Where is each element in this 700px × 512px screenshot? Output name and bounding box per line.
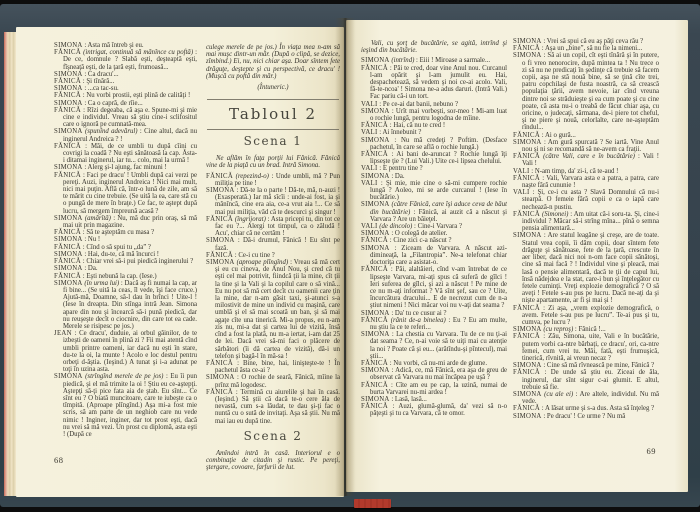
inline-stage-direction: (aproape plîngînd) bbox=[235, 259, 289, 266]
speaker-name: VALI bbox=[361, 223, 378, 230]
speaker-name: VALI bbox=[361, 101, 378, 108]
dialogue-line: SIMONA (strîngînd merele de pe jos) : Eu… bbox=[54, 373, 197, 438]
dialogue-line: FĂNICĂ : Păi te cred, doar vine Anul nou… bbox=[361, 65, 507, 101]
speaker-name: FĂNICĂ bbox=[361, 403, 388, 410]
speaker-name: FĂNICĂ bbox=[361, 317, 388, 324]
dialogue-line: FĂNICĂ : Chiar vrei să-i pui piedică ing… bbox=[54, 258, 197, 265]
dialogue-line: SIMONA : Ca dracu'... bbox=[54, 71, 197, 78]
dialogue-line: SIMONA : Am gură spurcată ? Se iartă. Vi… bbox=[513, 139, 659, 153]
inline-stage-direction: (intrînd) bbox=[390, 57, 415, 64]
dialogue-line: SIMONA (în urma lui) : Dacă aş fi numai … bbox=[54, 280, 197, 330]
speaker-name: SIMONA bbox=[206, 374, 235, 381]
dialogue-line: FĂNICĂ : Să te aşteptăm cu masa ? bbox=[54, 229, 197, 236]
dialogue-line: SIMONA : Hai, du-te, că mă încurci ! bbox=[54, 251, 197, 258]
speaker-name: SIMONA bbox=[206, 237, 235, 244]
dialogue-line: FĂNICĂ : Aşa un „bine”, să nu fie la nim… bbox=[513, 45, 659, 52]
dialogue-line: FĂNICĂ : Termină cu aiurelile şi hai în … bbox=[206, 389, 340, 425]
inline-stage-direction: (spunînd adevărul) bbox=[83, 128, 138, 135]
stage-direction: Amîndoi intră în casă. Interiorul e o co… bbox=[206, 450, 340, 472]
speaker-name: SIMONA bbox=[54, 251, 83, 258]
act-heading: Tabloul 2 bbox=[207, 99, 339, 130]
dialogue-line: FĂNICĂ : Măi, de ce umbli tu după cîini … bbox=[54, 143, 197, 165]
inline-stage-direction: (către Fănică, care îşi aduce ceva de bă… bbox=[370, 201, 507, 215]
dialogue-line: FĂNICĂ (rănit de-a binelea) : Eu ? Eu am… bbox=[361, 317, 507, 331]
inline-stage-direction: (repezind-o) bbox=[233, 173, 269, 180]
speaker-name: FĂNICĂ bbox=[54, 143, 81, 150]
dialogue-line: JEAN : Ce dracu', duduie, ai orbul găini… bbox=[54, 330, 197, 373]
dialogue-line: FĂNICĂ : Bine, bine, hai, linişteşte-te … bbox=[206, 360, 340, 374]
dialogue-line: VALI : Şi, ce-i cu asta ? Slavă Domnului… bbox=[513, 189, 659, 211]
speaker-name: SIMONA bbox=[54, 42, 83, 49]
speaker-name: SIMONA bbox=[361, 173, 390, 180]
speaker-name: FĂNICĂ bbox=[513, 211, 540, 218]
speaker-name: FĂNICĂ bbox=[54, 78, 81, 85]
inline-stage-direction: (rănit de-a binelea) bbox=[388, 317, 446, 324]
inline-stage-direction: (amărîtă) bbox=[83, 215, 111, 222]
scene-heading: Scena 2 bbox=[206, 430, 340, 443]
speaker-name: FĂNICĂ bbox=[206, 252, 233, 259]
page-number-right: 69 bbox=[647, 446, 657, 456]
dialogue-line: SIMONA (cu ale ei) : Are altele, individ… bbox=[513, 391, 659, 405]
dialogue-line: FĂNICĂ : Faci pe dracu' ! Umbli după cai… bbox=[54, 172, 197, 215]
dialogue-line: SIMONA : Nu mă credeţi ? Poftim. (Desfac… bbox=[361, 137, 507, 151]
dialogue-line: FĂNICĂ : Şi tînără... bbox=[54, 78, 197, 85]
speaker-name: SIMONA bbox=[361, 201, 390, 208]
speaker-name: FĂNICĂ bbox=[54, 273, 81, 280]
left-page-column-1: SIMONA : Asta mă întreb şi eu.FĂNICĂ (in… bbox=[54, 42, 197, 482]
dialogue-line: FĂNICĂ (către Vali, care e în bucătărie)… bbox=[513, 153, 659, 167]
speaker-name: FĂNICĂ bbox=[206, 389, 233, 396]
dialogue-line: SIMONA (către Fănică, care îşi aduce cev… bbox=[361, 201, 507, 223]
speaker-name: SIMONA bbox=[361, 137, 390, 144]
dialogue-line: FĂNICĂ (Simonei) : Am uitat că-i soru-ta… bbox=[513, 211, 659, 233]
speaker-name: SIMONA bbox=[361, 367, 390, 374]
stage-direction-continued: culege merele de pe jos.) În viaţa mea n… bbox=[206, 44, 340, 80]
dialogue-line: SIMONA (intrînd) : Eiii ! Miroase a sarm… bbox=[361, 57, 507, 64]
dialogue-line: SIMONA : Da' tu ce cusur ai ? bbox=[361, 310, 507, 317]
speaker-name: FĂNICĂ bbox=[206, 216, 233, 223]
speaker-name: SIMONA bbox=[54, 280, 83, 287]
speaker-name: SIMONA bbox=[54, 373, 83, 380]
speaker-name: VALI bbox=[361, 129, 378, 136]
dialogue-line: FĂNICĂ : Cînd o să spui tu „da” ? bbox=[54, 244, 197, 251]
page-number-left: 68 bbox=[54, 455, 64, 465]
speaker-name: FĂNICĂ bbox=[361, 266, 388, 273]
speaker-name: FĂNICĂ bbox=[513, 405, 540, 412]
speaker-name: SIMONA bbox=[361, 108, 390, 115]
speaker-name: SIMONA bbox=[54, 71, 83, 78]
speaker-name: FĂNICĂ bbox=[54, 244, 81, 251]
speaker-name: FĂNICĂ bbox=[513, 305, 540, 312]
speaker-name: FĂNICĂ bbox=[54, 92, 81, 99]
speaker-name: FĂNICĂ bbox=[206, 360, 233, 367]
speaker-name: SIMONA bbox=[54, 265, 83, 272]
speaker-name: FĂNICĂ bbox=[513, 369, 540, 376]
dialogue-line: SIMONA : Da. bbox=[54, 265, 197, 272]
dialogue-line: VALI : N-am timp, da' zi-i, că te-aud ! bbox=[513, 168, 659, 175]
dialogue-line: FĂNICĂ : Păi, alaltăieri, cînd v-am într… bbox=[361, 266, 507, 309]
dialogue-line: FĂNICĂ (îngrijorat) : Asta pricepi tu, d… bbox=[206, 216, 340, 238]
speaker-name: SIMONA bbox=[513, 52, 542, 59]
inline-stage-direction: (strîngînd merele de pe jos) bbox=[83, 373, 164, 380]
dialogue-line: FĂNICĂ : Vali, Varvara asta e a patra, a… bbox=[513, 175, 659, 189]
dialogue-line: FĂNICĂ : Nu vorbi prostii, eşti plină de… bbox=[54, 92, 197, 99]
inline-stage-direction: (Simonei) bbox=[540, 211, 568, 218]
dialogue-line: SIMONA : Nu ! bbox=[54, 236, 197, 243]
speaker-name: SIMONA bbox=[513, 413, 542, 420]
speaker-name: SIMONA bbox=[513, 139, 542, 146]
left-page: SIMONA : Asta mă întreb şi eu.FĂNICĂ (in… bbox=[16, 27, 344, 497]
dialogue-line: FĂNICĂ : Eşti nebună la cap. (Iese.) bbox=[54, 273, 197, 280]
dialogue-line: SIMONA : Are statul leagăne şi creşe, ar… bbox=[513, 232, 659, 304]
speaker-name: FĂNICĂ bbox=[54, 49, 81, 56]
dialogue-line: SIMONA : La chestia cu Varvara. Tu de ce… bbox=[361, 331, 507, 360]
speaker-name: SIMONA bbox=[206, 187, 235, 194]
inline-stage-direction: (către Vali, care e în bucătărie) bbox=[540, 153, 635, 160]
dialogue-line: FĂNICĂ (repezind-o) : Unde umbli, mă ? P… bbox=[206, 173, 340, 187]
speaker-name: FĂNICĂ bbox=[513, 333, 540, 340]
speaker-name: VALI bbox=[361, 180, 378, 187]
dialogue-line: FĂNICĂ : Rîzi degeaba, că aşa e. Spune-m… bbox=[54, 107, 197, 129]
scene-heading: Scena 1 bbox=[206, 135, 340, 148]
speaker-name: SIMONA bbox=[361, 57, 390, 64]
speaker-name: SIMONA bbox=[513, 391, 542, 398]
dialogue-line: FĂNICĂ : Hai, că nu te cred ! bbox=[361, 122, 507, 129]
speaker-name: FĂNICĂ bbox=[513, 175, 540, 182]
speaker-name: FĂNICĂ bbox=[361, 360, 388, 367]
dialogue-line: FĂNICĂ (intrigat, continuă să mănînce cu… bbox=[54, 49, 197, 71]
speaker-name: FĂNICĂ bbox=[513, 132, 540, 139]
speaker-name: SIMONA bbox=[54, 236, 83, 243]
dialogue-line: SIMONA : Ca o capră, de rîie... bbox=[54, 100, 197, 107]
dialogue-line: VALI (de dincolo) : Cine-i Varvara ? bbox=[361, 223, 507, 230]
dialogue-line: FĂNICĂ : Cine zici c-a născut ? bbox=[361, 237, 507, 244]
dialogue-line: SIMONA : Ziceam de Varvara. A născut azi… bbox=[361, 245, 507, 267]
dialogue-line: SIMONA : O rochie de seară, Fănică, mîin… bbox=[206, 374, 340, 388]
speaker-name: SIMONA bbox=[361, 310, 390, 317]
red-bookmark bbox=[354, 499, 391, 508]
inline-stage-direction: (intrigat, continuă să mănînce cu poftă) bbox=[81, 49, 193, 56]
speaker-name: FĂNICĂ bbox=[361, 65, 388, 72]
speaker-name: SIMONA bbox=[206, 259, 235, 266]
dialogue-line: SIMONA : Da. bbox=[361, 173, 507, 180]
speaker-name: FĂNICĂ bbox=[513, 153, 540, 160]
dialogue-line: FĂNICĂ : Cîte am eu pe cap, la uzină, nu… bbox=[361, 382, 507, 396]
speaker-name: FĂNICĂ bbox=[361, 151, 388, 158]
blackout-note: (Întuneric.) bbox=[206, 84, 340, 91]
dialogue-line: FĂNICĂ : Zău, Simona, uite, Vali e în bu… bbox=[513, 333, 659, 362]
speaker-name: FĂNICĂ bbox=[54, 258, 81, 265]
right-page: Vali, cu şorţ de bucătărie, se agită, in… bbox=[346, 20, 688, 492]
speaker-name: FĂNICĂ bbox=[206, 173, 233, 180]
dialogue-line: VALI : Şi mie, mie cine o să-mi cumpere … bbox=[361, 180, 507, 202]
dialogue-line: SIMONA (amărîtă) : Nu, mă duc prin oraş,… bbox=[54, 215, 197, 229]
dialogue-line: VALI : E pentru tine ? bbox=[361, 165, 507, 172]
inline-stage-direction: (cu ale ei) bbox=[542, 391, 574, 398]
dialogue-line: FĂNICĂ : Nu vorbi, că nu-mi arde de glum… bbox=[361, 360, 507, 367]
speaker-name: SIMONA bbox=[513, 38, 542, 45]
left-page-column-2: culege merele de pe jos.) În viaţa mea n… bbox=[206, 42, 340, 482]
speaker-name: FĂNICĂ bbox=[361, 237, 388, 244]
inline-stage-direction: (în urma lui) bbox=[83, 280, 120, 287]
speaker-name: FĂNICĂ bbox=[54, 172, 81, 179]
speaker-name: SIMONA bbox=[513, 232, 542, 239]
speaker-name: SIMONA bbox=[361, 396, 390, 403]
dialogue-line: SIMONA : Să ai un copil, cît eşti tînără… bbox=[513, 52, 659, 131]
right-page-column-2: SIMONA : Vrei să spui că eu aş păţi ceva… bbox=[513, 38, 659, 478]
speaker-name: SIMONA bbox=[54, 164, 83, 171]
dialogue-line: VALI : Pe ce-ai dat banii, nebuno ? bbox=[361, 101, 507, 108]
speaker-name: JEAN bbox=[54, 330, 72, 337]
speaker-name: VALI bbox=[513, 168, 530, 175]
dialogue-line: FĂNICĂ : Ai o gură... bbox=[513, 132, 659, 139]
speaker-name: SIMONA bbox=[361, 245, 390, 252]
speaker-name: FĂNICĂ bbox=[54, 229, 81, 236]
speaker-name: FĂNICĂ bbox=[361, 122, 388, 129]
inline-stage-direction: (îngrijorat) bbox=[233, 216, 266, 223]
stage-direction: Ne aflăm în faţa porţii lui Fănică. Făni… bbox=[206, 155, 340, 169]
dialogue-line: FĂNICĂ : De unde să ştiu eu. Ziceai de ă… bbox=[513, 369, 659, 391]
stage-direction: Vali, cu şorţ de bucătărie, se agită, in… bbox=[361, 40, 507, 54]
dialogue-line: FĂNICĂ : Ai bani de-aruncat ? Rochie lun… bbox=[361, 151, 507, 165]
dialogue-line: SIMONA : Dă-te la o parte ! Dă-te, mă, n… bbox=[206, 187, 340, 216]
dialogue-line: FĂNICĂ : A lăsat urme şi s-a dus. Asta s… bbox=[513, 405, 659, 412]
speaker-name: SIMONA bbox=[54, 100, 83, 107]
speaker-name: VALI bbox=[361, 165, 378, 172]
speaker-name: FĂNICĂ bbox=[513, 45, 540, 52]
dialogue-line: SIMONA : Dă-i drumul, Fănică ! Eu sînt p… bbox=[206, 237, 340, 251]
inline-stage-direction: (de dincolo) bbox=[378, 223, 413, 230]
dialogue-line: FĂNICĂ : Zi aşa, „vrem explozie demograf… bbox=[513, 305, 659, 327]
dialogue-line: SIMONA (aproape plîngînd) : Vreau să mă … bbox=[206, 259, 340, 360]
dialogue-line: SIMONA (spunînd adevărul) : Cine altul, … bbox=[54, 128, 197, 142]
dialogue-line: SIMONA : Pe dracu' ! Ce urme ? Nu mă bbox=[513, 413, 659, 420]
dialogue-line: SIMONA : Adică, ce, mă Fănică, era aşa d… bbox=[361, 367, 507, 381]
dialogue-line: SIMONA : Urît mai vorbeşti, sor-meo ! Mi… bbox=[361, 108, 507, 122]
speaker-name: SIMONA bbox=[361, 331, 390, 338]
speaker-name: SIMONA bbox=[54, 215, 83, 222]
speaker-name: FĂNICĂ bbox=[54, 107, 81, 114]
dialogue-line: SIMONA : Alerg şi-l ajung, fac minuni ! bbox=[54, 164, 197, 171]
speaker-name: FĂNICĂ bbox=[361, 382, 388, 389]
dialogue-line: VALI : Ai înnebunit ? bbox=[361, 129, 507, 136]
speaker-name: VALI bbox=[513, 189, 530, 196]
dialogue-line: FĂNICĂ : Ce-i cu tine ? bbox=[206, 252, 340, 259]
dialogue-line: FĂNICĂ : Auzi, glumă-glumă, da' vezi să … bbox=[361, 403, 507, 417]
right-page-column-1: Vali, cu şorţ de bucătărie, se agită, in… bbox=[361, 38, 507, 478]
speaker-name: SIMONA bbox=[54, 128, 83, 135]
